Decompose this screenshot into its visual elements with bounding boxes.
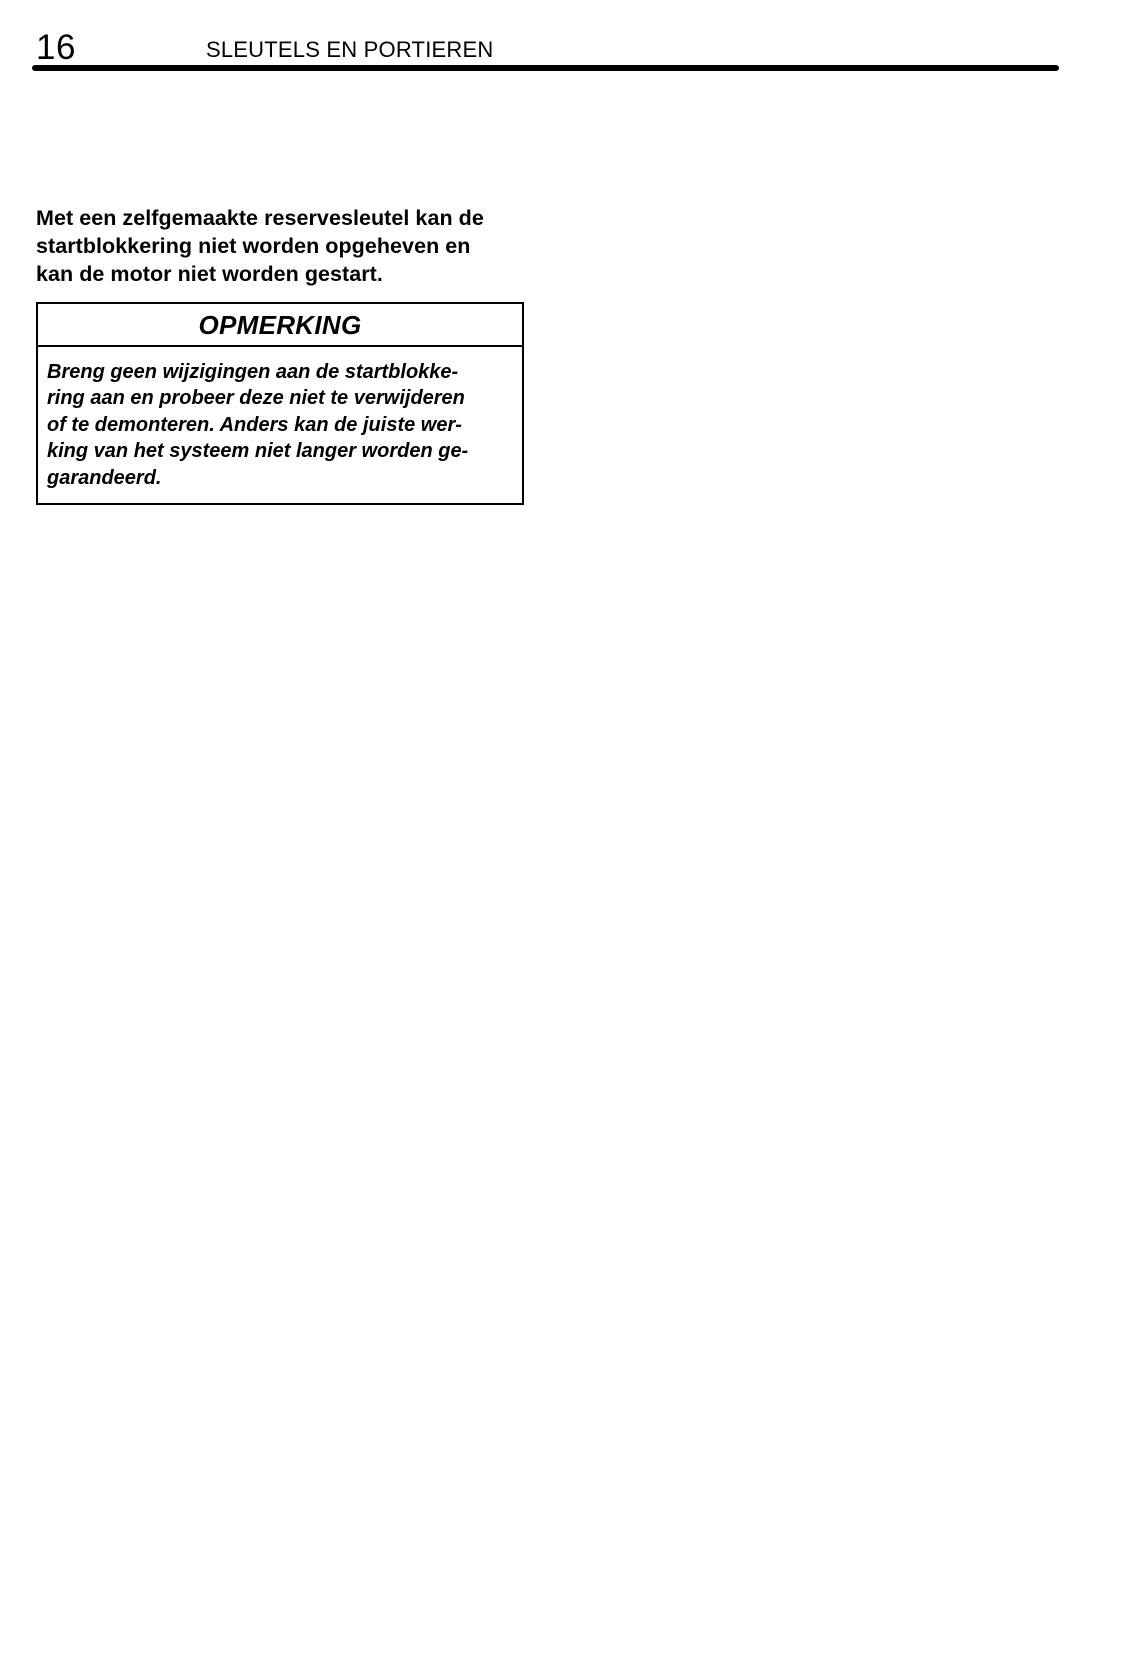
- notice-line: king van het systeem niet langer worden …: [47, 438, 522, 464]
- notice-body: Breng geen wijzigingen aan de startblokk…: [38, 347, 522, 491]
- notice-line: garandeerd.: [47, 465, 522, 491]
- header-rule-divider: [32, 65, 1059, 71]
- section-title: SLEUTELS EN PORTIEREN: [206, 37, 493, 63]
- notice-line: of te demonteren. Anders kan de juiste w…: [47, 412, 522, 438]
- intro-paragraph: Met een zelfgemaakte reservesleutel kan …: [36, 204, 536, 288]
- intro-line: Met een zelfgemaakte reservesleutel kan …: [36, 204, 536, 232]
- notice-title: OPMERKING: [38, 304, 522, 347]
- notice-box: OPMERKING Breng geen wijzigingen aan de …: [36, 302, 524, 505]
- page-number: 16: [36, 28, 76, 68]
- intro-line: kan de motor niet worden gestart.: [36, 260, 536, 288]
- notice-line: ring aan en probeer deze niet te verwijd…: [47, 385, 522, 411]
- intro-line: startblokkering niet worden opgeheven en: [36, 232, 536, 260]
- notice-line: Breng geen wijzigingen aan de startblokk…: [47, 359, 522, 385]
